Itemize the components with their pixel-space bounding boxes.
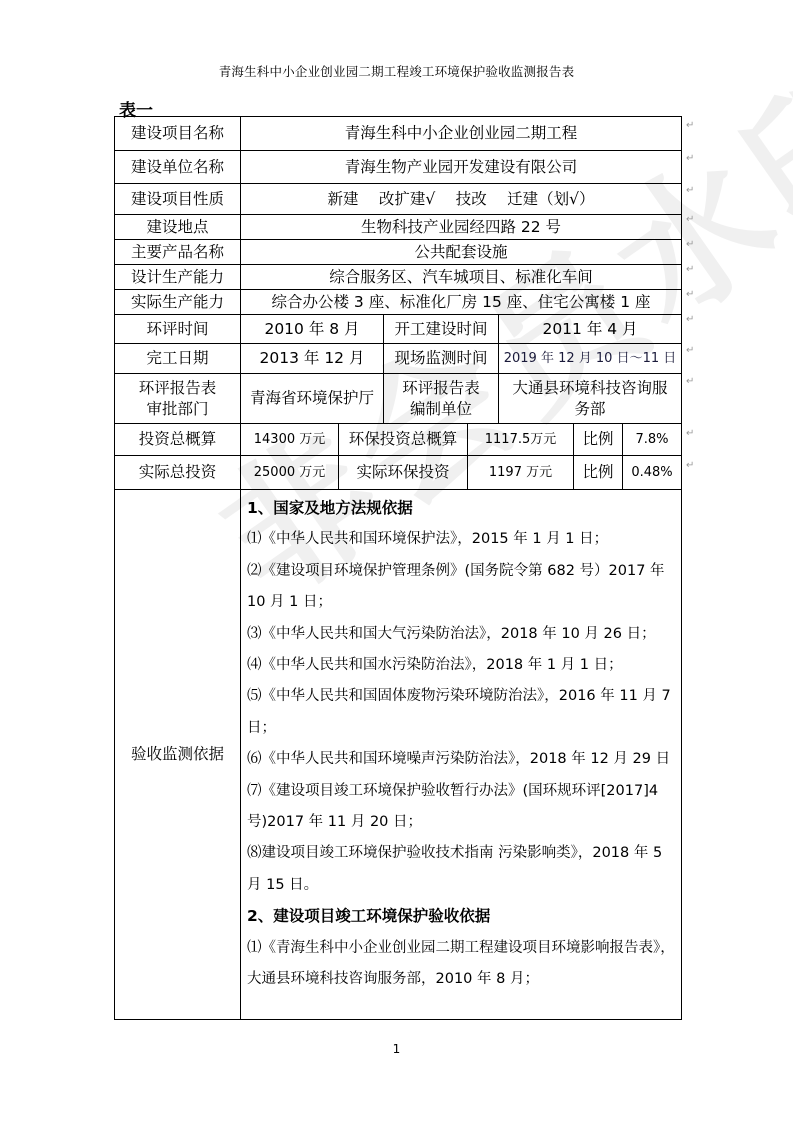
main-product-label: 主要产品名称 (114, 239, 240, 264)
design-capacity-value: 综合服务区、汽车城项目、标准化车间 (240, 264, 681, 289)
location-value: 生物科技产业园经四路 22 号 (240, 214, 681, 239)
monitoring-time-label: 现场监测时间 (383, 343, 498, 373)
actual-ratio-label: 比例 (573, 455, 622, 489)
page-header-title: 青海生科中小企业创业园二期工程竣工环境保护验收监测报告表 (0, 62, 793, 80)
unit-name-label: 建设单位名称 (114, 150, 240, 183)
paragraph-mark-icon: ↵ (686, 376, 694, 387)
ratio-value: 7.8% (622, 423, 681, 455)
project-name-label: 建设项目名称 (114, 116, 240, 150)
approval-dept-label: 环评报告表审批部门 (114, 373, 240, 423)
location-label: 建设地点 (114, 214, 240, 239)
basis-item: ⑶《中华人民共和国大气污染防治法》，2018 年 10 月 26 日； (247, 619, 675, 650)
paragraph-mark-icon: ↵ (686, 185, 694, 196)
completion-date-value: 2013 年 12 月 (240, 343, 383, 373)
monitoring-time-value: 2019 年 12 月 10 日～11 日 (498, 343, 681, 373)
actual-investment-label: 实际总投资 (114, 455, 240, 489)
actual-ratio-value: 0.48% (622, 455, 681, 489)
main-product-value: 公共配套设施 (240, 239, 681, 264)
completion-date-label: 完工日期 (114, 343, 240, 373)
compiler-label: 环评报告表编制单位 (383, 373, 498, 423)
eia-time-label: 环评时间 (114, 314, 240, 343)
actual-capacity-value: 综合办公楼 3 座、标准化厂房 15 座、住宅公寓楼 1 座 (240, 289, 681, 314)
acceptance-basis-label: 验收监测依据 (114, 489, 240, 1019)
basis-item: ⑵《建设项目环境保护管理条例》(国务院令第 682 号）2017 年 10 月 … (247, 556, 675, 619)
basis-item: ⑺《建设项目竣工环境保护验收暂行办法》(国环规环评[2017]4 号)2017 … (247, 776, 675, 839)
paragraph-mark-icon: ↵ (686, 345, 694, 356)
paragraph-mark-icon: ↵ (686, 289, 694, 300)
table-border-bottom (114, 1019, 682, 1020)
paragraph-mark-icon: ↵ (686, 153, 694, 164)
ratio-label: 比例 (573, 423, 622, 455)
acceptance-basis-content: 1、国家及地方法规依据 ⑴《中华人民共和国环境保护法》，2015 年 1 月 1… (240, 489, 681, 1019)
investment-budget-label: 投资总概算 (114, 423, 240, 455)
eia-time-value: 2010 年 8 月 (240, 314, 383, 343)
basis-item: ⑹《中华人民共和国环境噪声污染防治法》，2018 年 12 月 29 日 (247, 744, 675, 775)
paragraph-mark-icon: ↵ (686, 428, 694, 439)
section2-heading: 2、建设项目竣工环境保护验收依据 (247, 901, 675, 932)
basis-item: ⑷《中华人民共和国水污染防治法》，2018 年 1 月 1 日； (247, 650, 675, 681)
actual-capacity-label: 实际生产能力 (114, 289, 240, 314)
page-number: 1 (0, 1042, 793, 1056)
table-border-right (681, 116, 682, 1020)
section1-heading: 1、国家及地方法规依据 (247, 493, 675, 524)
paragraph-mark-icon: ↵ (686, 214, 694, 225)
paragraph-mark-icon: ↵ (686, 314, 694, 325)
env-investment-budget-value: 1117.5万元 (467, 423, 573, 455)
basis-item: ⑸《中华人民共和国固体废物污染环境防治法》，2016 年 11 月 7 日； (247, 681, 675, 744)
basis-item: ⑴《青海生科中小企业创业园二期工程建设项目环境影响报告表》，大通县环境科技咨询服… (247, 933, 675, 996)
actual-env-investment-label: 实际环保投资 (338, 455, 467, 489)
investment-budget-value: 14300 万元 (240, 423, 338, 455)
project-name-value: 青海生科中小企业创业园二期工程 (240, 116, 681, 150)
project-nature-value: 新建 改扩建√ 技改 迁建（划√） (240, 183, 681, 214)
construction-start-label: 开工建设时间 (383, 314, 498, 343)
paragraph-mark-icon: ↵ (686, 239, 694, 250)
construction-start-value: 2011 年 4 月 (498, 314, 681, 343)
design-capacity-label: 设计生产能力 (114, 264, 240, 289)
basis-item: ⑻建设项目竣工环境保护验收技术指南 污染影响类》，2018 年 5 月 15 日… (247, 838, 675, 901)
paragraph-mark-icon: ↵ (686, 460, 694, 471)
actual-investment-value: 25000 万元 (240, 455, 338, 489)
basis-item: ⑴《中华人民共和国环境保护法》，2015 年 1 月 1 日； (247, 524, 675, 555)
compiler-value: 大通县环境科技咨询服务部 (498, 373, 681, 423)
unit-name-value: 青海生物产业园开发建设有限公司 (240, 150, 681, 183)
paragraph-mark-icon: ↵ (686, 120, 694, 131)
paragraph-mark-icon: ↵ (686, 264, 694, 275)
project-nature-label: 建设项目性质 (114, 183, 240, 214)
env-investment-budget-label: 环保投资总概算 (338, 423, 467, 455)
approval-dept-value: 青海省环境保护厅 (240, 373, 383, 423)
actual-env-investment-value: 1197 万元 (467, 455, 573, 489)
